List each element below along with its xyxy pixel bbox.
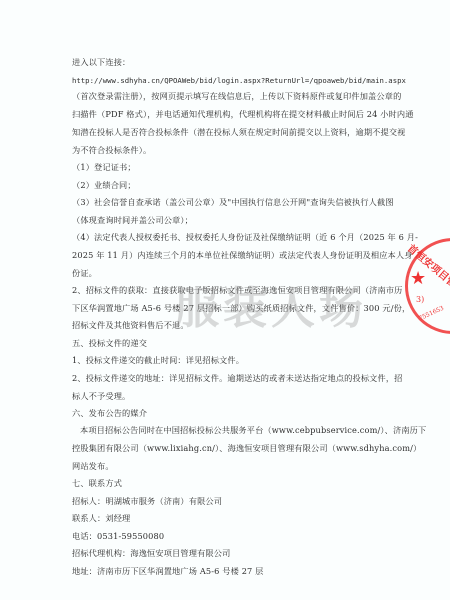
- document-line: 七、联系方式: [72, 478, 410, 489]
- document-line: 电话：0531-59550080: [72, 531, 410, 542]
- document-line: （体现查询时间并盖公司公章）；: [72, 215, 410, 226]
- document-line: 招标文件及其他资料售后不退。: [72, 320, 410, 331]
- document-line: （首次登录需注册），按网页提示填写在线信息后，上传以下资料原件或复印件加盖公章的: [72, 91, 410, 102]
- document-line: 进入以下连接：: [72, 57, 410, 68]
- document-line: （1）登记证书；: [72, 162, 410, 173]
- document-line: 份证。: [72, 268, 410, 279]
- document-line: 地址：济南市历下区华润置地广场 A5-6 号楼 27 层: [72, 566, 410, 577]
- document-line: 招标人：明湖城市服务（济南）有限公司: [72, 496, 410, 507]
- document-line: 知潜在投标人是否符合投标条件（潜在投标人须在规定时间前提交以上资料，逾期不提交视: [72, 127, 410, 138]
- document-line: 招标代理机构：海逸恒安项目管理有限公司: [72, 548, 410, 559]
- document-line: 为不符合投标条件）。: [72, 145, 410, 156]
- document-line: 标人不予受理。: [72, 391, 410, 402]
- document-line: 下区华润置地广场 A5-6 号楼 27 层招标一部）购买纸质招标文件，文件售价：…: [72, 303, 410, 314]
- stamp-paren: 3): [416, 295, 424, 304]
- document-line: 六、发布公告的媒介: [72, 408, 410, 419]
- document-line: 2、招标文件的获取：直接获取电子版招标文件或至海逸恒安项目管理有限公司（济南市历: [72, 285, 410, 296]
- document-line: 网站发布。: [72, 461, 410, 472]
- document-line: 1、投标文件递交的截止时间：详见招标文件。: [72, 355, 410, 366]
- document-line: 控股集团有限公司（www.lixiahg.cn/）、海逸恒安项目管理有限公司（w…: [72, 443, 410, 454]
- document-line: （3）社会信誉自查承诺（盖公司公章）及"中国执行信息公开网"查询失信被执行人截图: [72, 197, 410, 208]
- document-line: 2、投标文件递交的地址：详见招标文件。逾期送达的或者未送达指定地点的投标文件，招: [72, 373, 410, 384]
- document-line: 五、投标文件的递交: [72, 338, 410, 349]
- stamp-star-icon: ★: [410, 268, 426, 289]
- link-url[interactable]: http://www.sdhyha.cn/QPOAWeb/bid/login.a…: [72, 75, 410, 86]
- document-line: 本项目招标公告同时在中国招标投标公共服务平台（www.cebpubservice…: [80, 425, 410, 436]
- document-page: 进入以下连接：http://www.sdhyha.cn/QPOAWeb/bid/…: [0, 0, 450, 600]
- document-line: 联系人：刘经理: [72, 513, 410, 524]
- document-line: 扫描件（PDF 格式），并电话通知代理机构，代理机构将在提交材料截止时间后 24…: [72, 109, 410, 120]
- document-line: （4）法定代表人授权委托书、授权委托人身份证及社保缴纳证明（近 6 个月（202…: [72, 232, 410, 243]
- document-line: （2）业绩合同；: [72, 180, 410, 191]
- document-line: 2025 年 11 月）内连续三个月的本单位社保缴纳证明）或法定代表人身份证明及…: [72, 250, 410, 261]
